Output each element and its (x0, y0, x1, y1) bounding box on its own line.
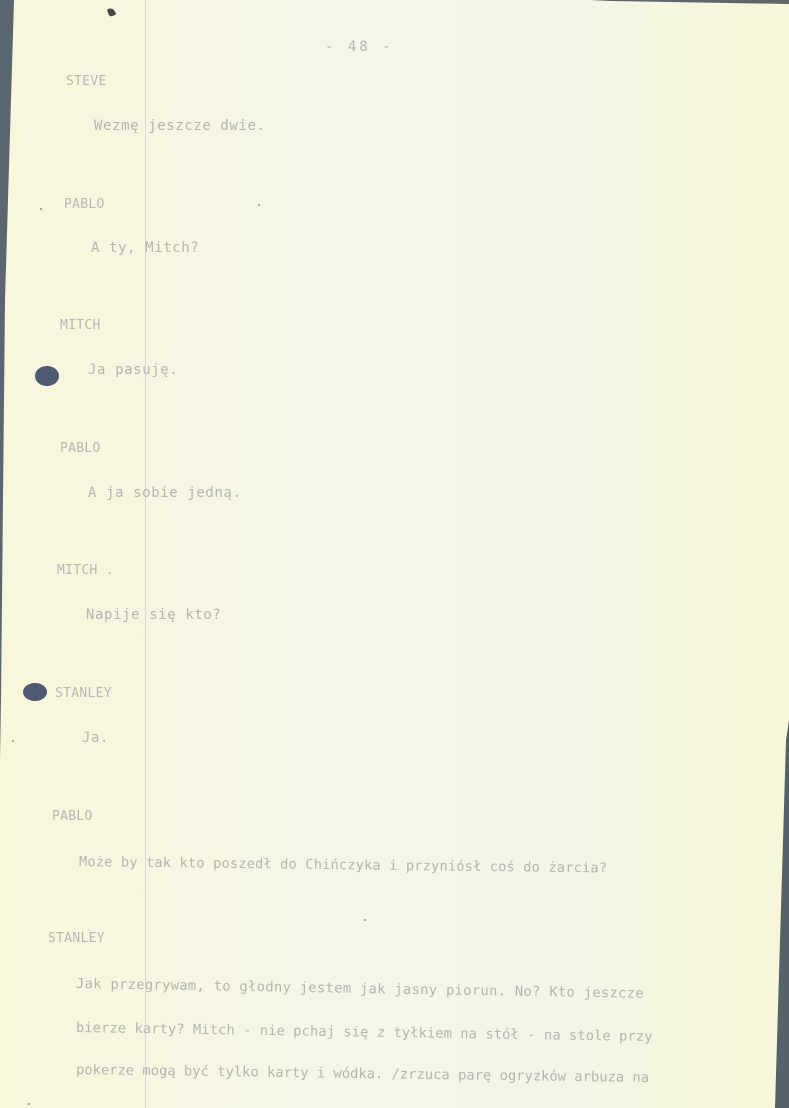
page-number: - 48 - (325, 39, 394, 55)
scan-edge-top (590, 0, 789, 4)
scan-edge-right (769, 0, 789, 1108)
dialogue-line: pokerze mogą być tylko karty i wódka. /z… (76, 1062, 649, 1086)
scan-edge-left (0, 0, 16, 1108)
dialogue-line: Wezmę jeszcze dwie. (94, 118, 266, 134)
speaker-name: PABLO (52, 809, 93, 824)
dust-speck (40, 208, 42, 210)
dialogue-line: Napije się kto? (86, 607, 221, 623)
dust-speck (12, 740, 14, 742)
dust-speck (258, 204, 260, 206)
dialogue-line: Może by tak kto poszedł do Chińczyka i p… (79, 854, 607, 876)
dialogue-line: Ja pasuję. (88, 362, 178, 378)
speaker-name: PABLO (60, 441, 101, 456)
speaker-name: STANLEY (55, 686, 112, 701)
speaker-name: STEVE (66, 74, 107, 89)
dust-speck (28, 1103, 30, 1105)
dialogue-line: A ja sobie jedną. (88, 485, 242, 501)
punch-hole-icon (35, 366, 59, 386)
speaker-name: MITCH . (57, 563, 114, 578)
dust-speck (364, 919, 366, 921)
punch-hole-icon (23, 683, 47, 701)
scanned-page: - 48 - STEVE Wezmę jeszcze dwie. PABLO A… (0, 0, 789, 1108)
dialogue-line: bierze karty? Mitch - nie pchaj się z ty… (76, 1020, 653, 1045)
speaker-name: PABLO (64, 197, 105, 212)
speaker-name: STANLEY (48, 931, 105, 946)
dialogue-line: A ty, Mitch? (91, 240, 199, 256)
margin-fold-line (145, 0, 146, 1108)
speaker-name: MITCH (60, 318, 101, 333)
ink-mark (107, 7, 116, 17)
dialogue-line: Ja. (82, 730, 109, 746)
dialogue-line: Jak przegrywam, to głodny jestem jak jas… (76, 976, 644, 1002)
